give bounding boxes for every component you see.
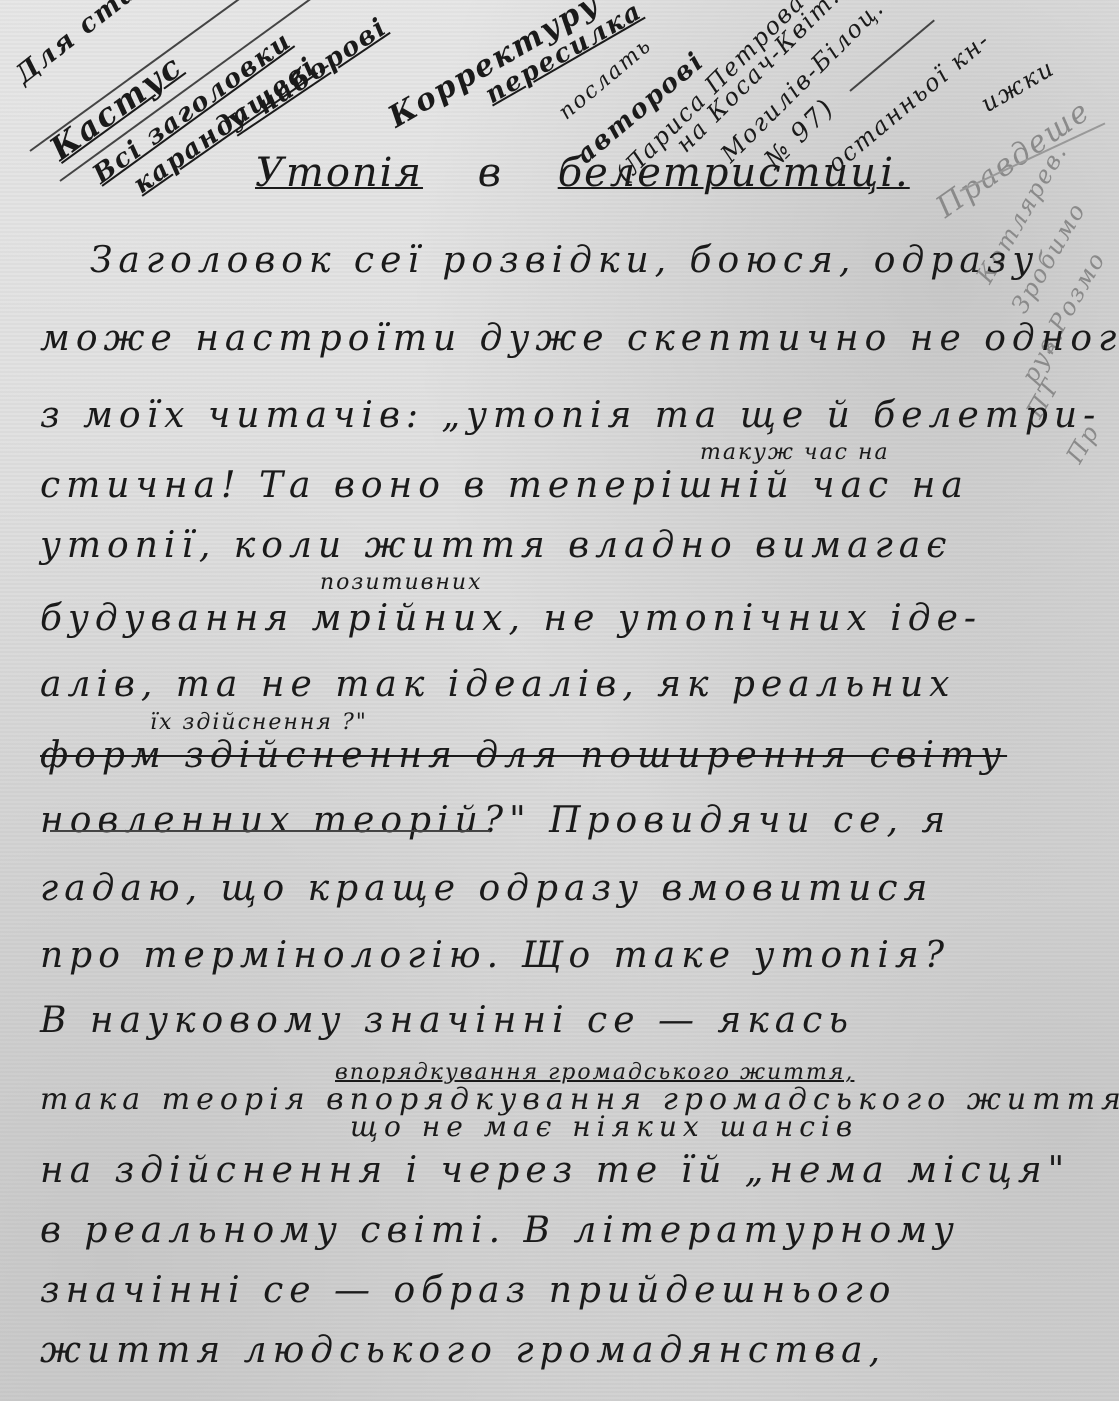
text-line-15: на здійснення і через те їй „нема місця": [40, 1150, 1070, 1191]
manuscript-title: Утопія в белетристиці.: [255, 150, 910, 196]
text-line-16: в реальному світі. В літературному: [40, 1210, 960, 1251]
title-word-v: в: [478, 150, 503, 196]
text-line-11: про термінологію. Що таке утопія?: [40, 935, 950, 976]
text-line-5: утопії, коли життя владно вимагає: [40, 525, 952, 566]
insertion-above-line-4: такуж час на: [700, 440, 890, 465]
text-line-4: стична! Та воно в теперішній час на: [40, 465, 969, 506]
text-line-3: з моїх читачів: „утопія та ще й белетри-: [40, 395, 1101, 436]
text-line-1: Заголовок сеї розвідки, боюся, одразу: [90, 240, 1039, 281]
text-line-18: життя людського громадянства,: [40, 1330, 886, 1371]
title-word-beletrystytsi: белетристиці.: [558, 150, 910, 196]
insertion-above-line-8: їх здійснення ?": [150, 710, 368, 735]
text-line-14: що не має ніяких шансів: [350, 1110, 858, 1143]
insertion-above-line-6: позитивних: [320, 570, 482, 595]
title-word-utopia: Утопія: [255, 150, 423, 196]
text-line-10: гадаю, що краще одразу вмовитися: [40, 868, 933, 909]
manuscript-page: Для статті Кастус Всі заголовки карандаш…: [0, 0, 1119, 1401]
text-line-9: новленних теорій?" Провидячи се, я: [40, 800, 951, 841]
editorial-note-knyzhky: ижки: [976, 53, 1060, 118]
text-line-7: алів, та не так ідеалів, як реальних: [40, 664, 955, 705]
text-line-6: будування мрійних, не утопічних іде-: [40, 598, 982, 639]
text-line-2: може настроїти дуже скептично не одного: [40, 318, 1119, 359]
text-line-8: форм здійснення для поширення світу: [40, 735, 1007, 776]
text-line-12: В науковому значінні се — якась: [40, 1000, 854, 1041]
text-line-17: значінні се — образ прийдешнього: [40, 1270, 896, 1311]
strike-through-line-9: [50, 830, 490, 832]
